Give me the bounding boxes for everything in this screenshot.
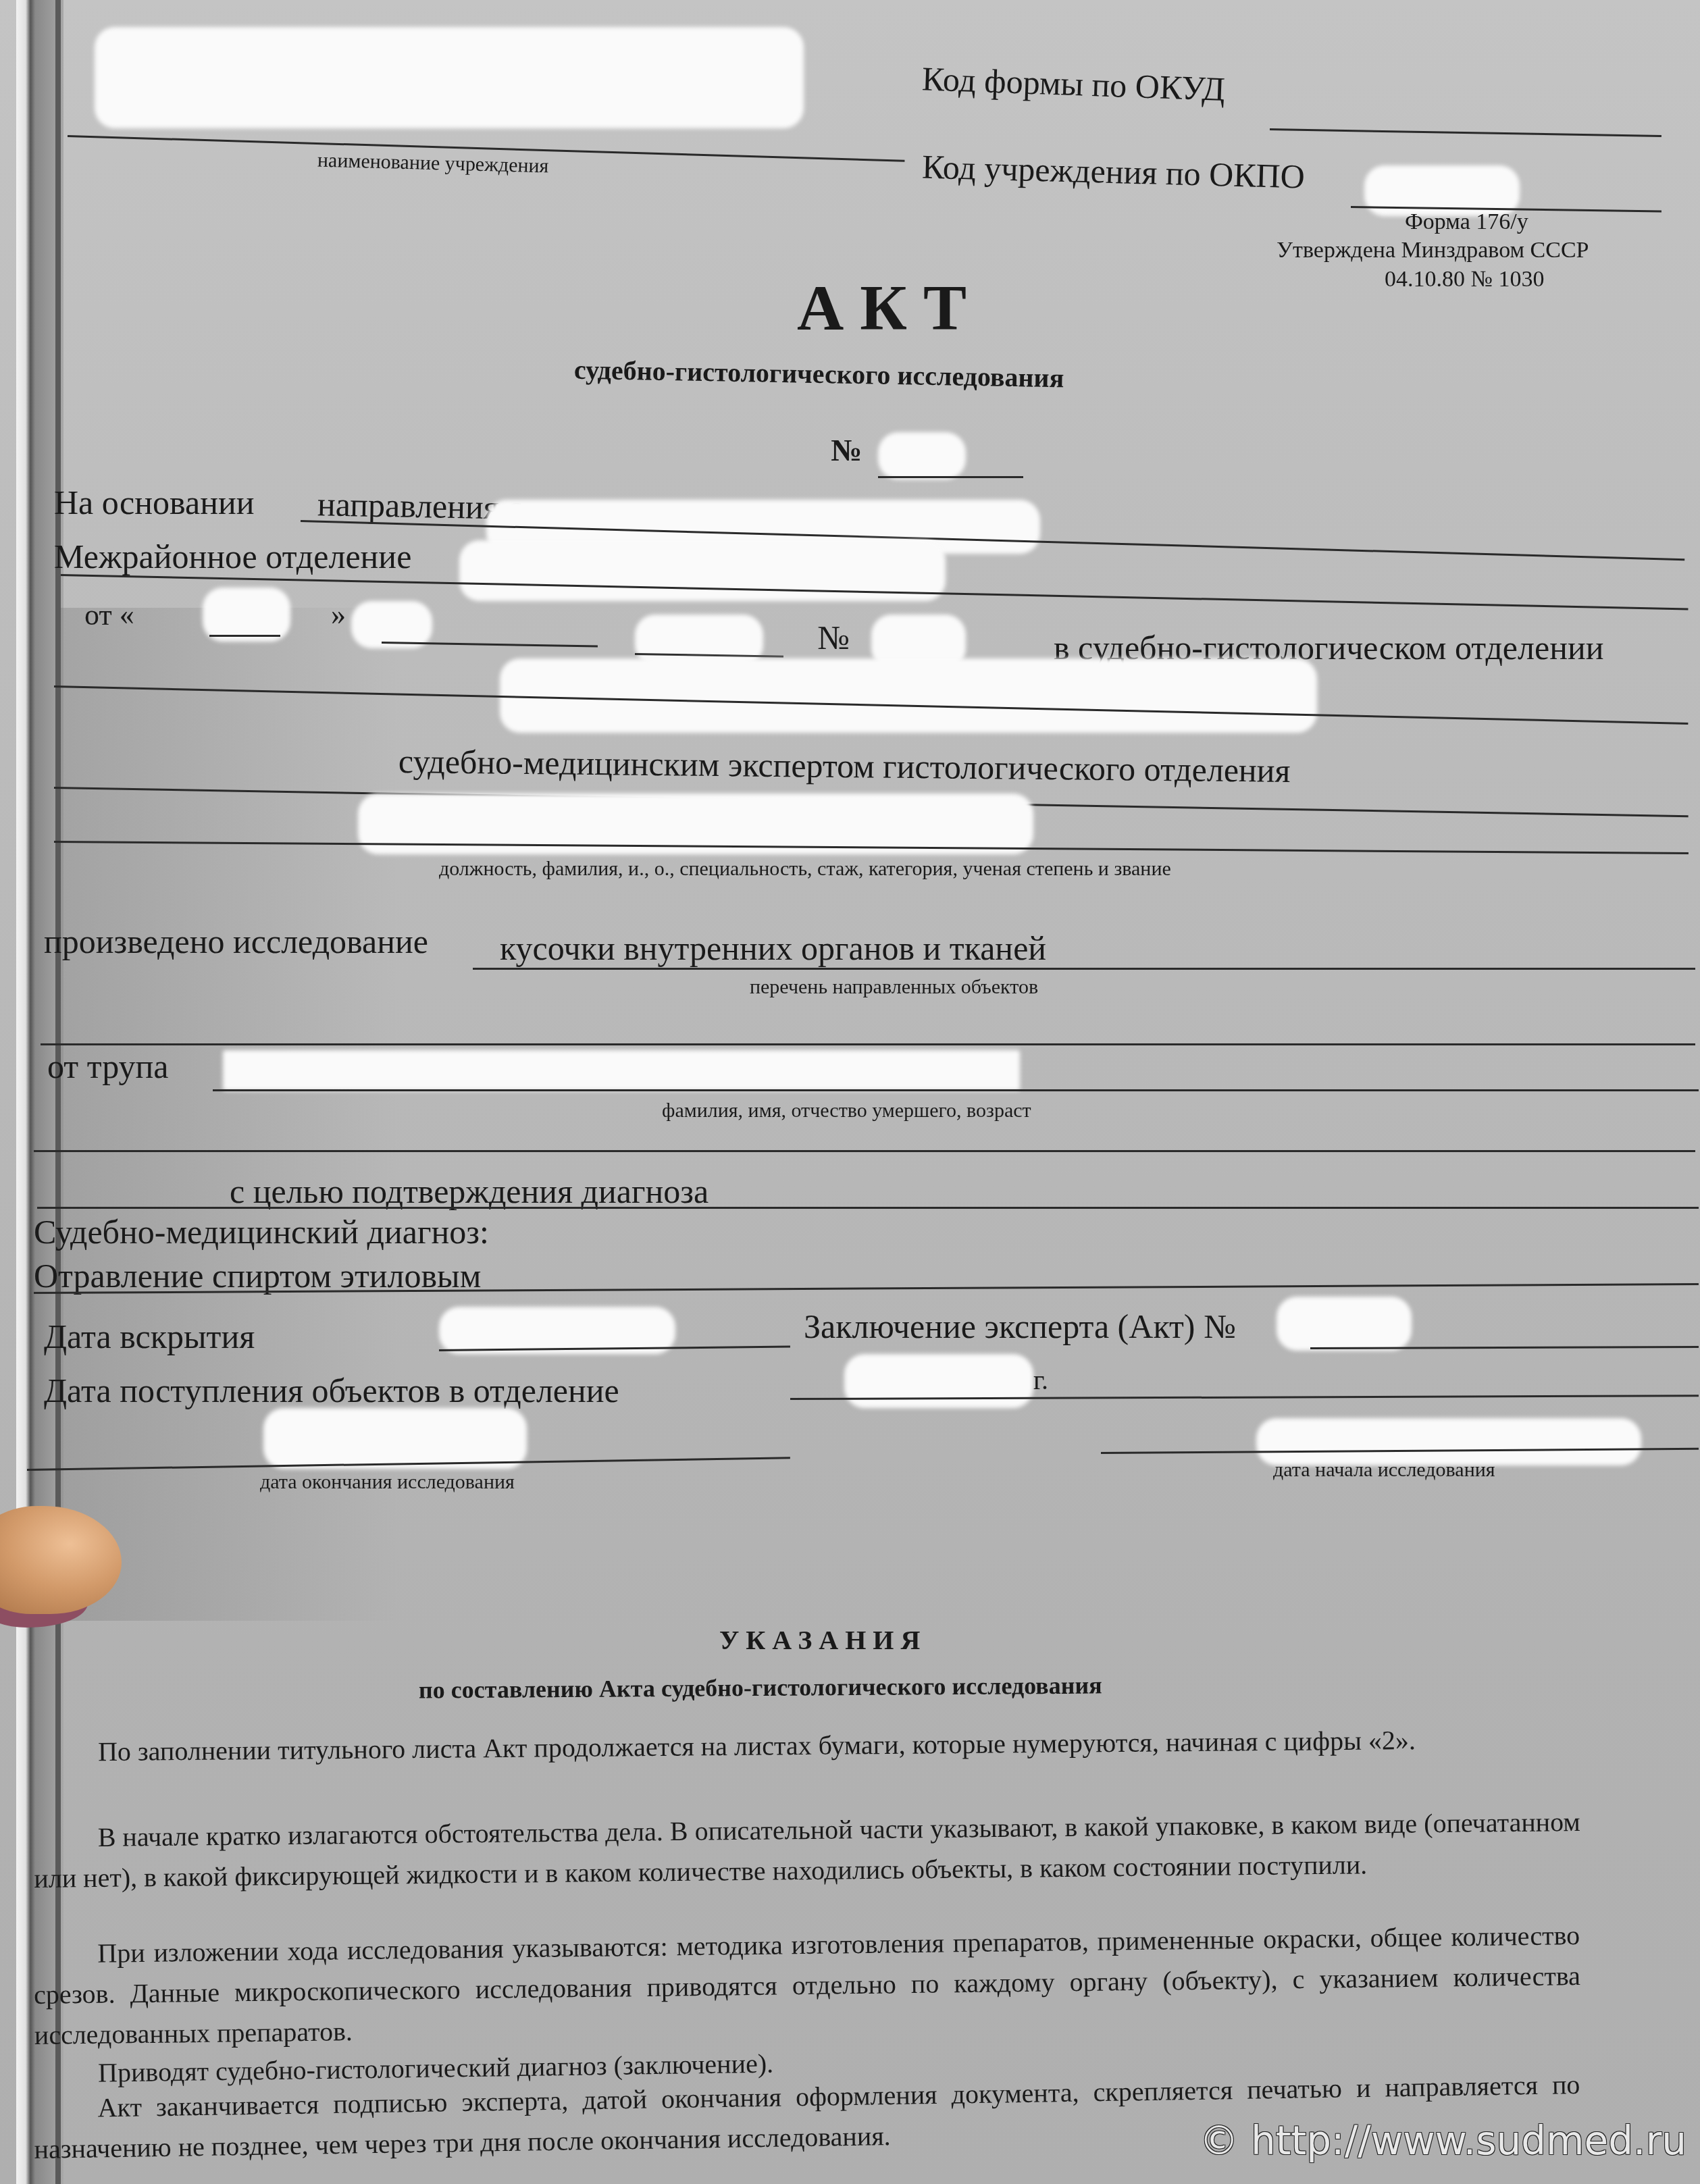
study-label: произведено исследование (44, 922, 428, 961)
diagnosis-label: Судебно-медицинский диагноз: (34, 1212, 489, 1251)
corpse-label: от трупа (47, 1047, 168, 1086)
basis-label: На основании (54, 483, 254, 522)
purpose-value: с целью подтверждения диагноза (230, 1172, 709, 1211)
instruction-paragraph-2: В начале кратко излагаются обстоятельств… (33, 1802, 1580, 1899)
day-field[interactable] (209, 635, 280, 637)
document-subtitle: судебно-гистологического исследования (574, 354, 1064, 394)
from-label: от « (84, 598, 134, 632)
redacted-conclusion-number (1277, 1297, 1412, 1351)
start-date-caption: дата начала исследования (1273, 1459, 1495, 1482)
document-photo: наименование учреждения Код формы по ОКУ… (0, 0, 1700, 2184)
autopsy-date-label: Дата вскрытия (44, 1317, 255, 1356)
department-label: Межрайонное отделение (54, 537, 411, 576)
redacted-institution (95, 27, 804, 128)
study-field[interactable] (473, 968, 1695, 970)
referral-number-label: № (817, 618, 850, 657)
okud-field[interactable] (1270, 128, 1662, 137)
instruction-paragraph-1: По заполнении титульного листа Акт продо… (34, 1719, 1580, 1773)
instruction-paragraph-3: При изложении хода исследования указываю… (33, 1915, 1581, 2056)
redacted-act-number (878, 432, 966, 479)
document-title: АКТ (797, 270, 983, 345)
from-quote-close: » (331, 598, 346, 632)
study-field-2[interactable] (41, 1043, 1695, 1045)
expert-caption: должность, фамилия, и., о., специальност… (439, 858, 1171, 881)
okud-label: Код формы по ОКУД (921, 59, 1226, 109)
redacted-end-date (263, 1408, 527, 1469)
receipt-date-label: Дата поступления объектов в отделение (44, 1371, 619, 1410)
study-caption: перечень направленных объектов (750, 976, 1038, 999)
conclusion-label: Заключение эксперта (Акт) № (804, 1307, 1236, 1346)
purpose-field[interactable] (37, 1207, 1699, 1209)
corpse-field-2[interactable] (34, 1150, 1695, 1152)
act-number-label: № (831, 432, 862, 468)
redacted-dept-name (500, 658, 1317, 733)
redacted-receipt-date (844, 1354, 1033, 1408)
corpse-field[interactable] (213, 1089, 1699, 1091)
approved-by: Утверждена Минздравом СССР (1277, 238, 1589, 263)
end-date-caption: дата окончания исследования (260, 1471, 515, 1494)
instructions-subtitle: по составлению Акта судебно-гистологичес… (419, 1671, 1102, 1704)
conclusion-field[interactable] (1310, 1346, 1699, 1349)
watermark[interactable]: © http://www.sudmed.ru (1200, 2118, 1686, 2164)
receipt-date-suffix: г. (1033, 1364, 1048, 1396)
redacted-year (635, 615, 763, 665)
okpo-label: Код учреждения по ОКПО (921, 147, 1305, 197)
study-value: кусочки внутренних органов и тканей (500, 929, 1046, 968)
instructions-title: УКАЗАНИЯ (719, 1624, 927, 1656)
corpse-caption: фамилия, имя, отчество умершего, возраст (662, 1099, 1031, 1122)
redacted-corpse-name (223, 1050, 1020, 1091)
form-number: Форма 176/у (1405, 209, 1528, 235)
approval-ref: 04.10.80 № 1030 (1385, 267, 1544, 292)
redacted-day (203, 588, 290, 642)
act-number-field[interactable] (878, 476, 1023, 478)
expert-value: судебно-медицинским экспертом гистологич… (398, 742, 1291, 790)
institution-caption: наименование учреждения (317, 149, 549, 178)
